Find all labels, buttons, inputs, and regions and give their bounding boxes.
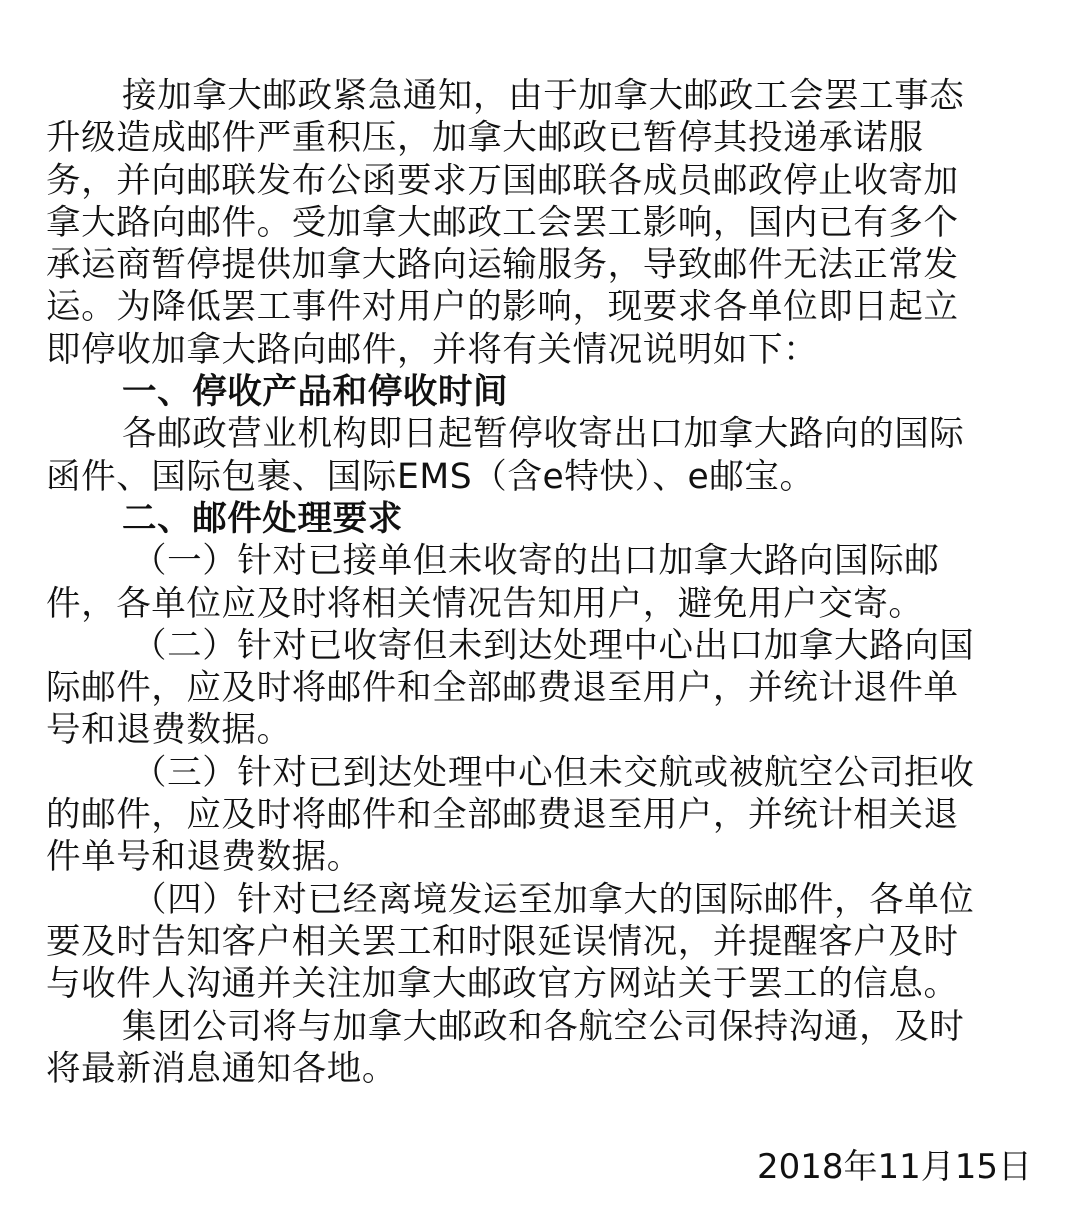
text-line: （一）针对已接单但未收寄的出口加拿大路向国际邮 — [46, 540, 1030, 582]
text-line: 拿大路向邮件。受加拿大邮政工会罢工影响，国内已有多个 — [46, 202, 1030, 244]
section-heading: 二、邮件处理要求 — [46, 498, 1030, 540]
text-line: 各邮政营业机构即日起暂停收寄出口加拿大路向的国际 — [46, 413, 1030, 455]
text-line: 号和退费数据。 — [46, 709, 1030, 751]
text-line: （二）针对已收寄但未到达处理中心出口加拿大路向国 — [46, 625, 1030, 667]
handling-item-4: （四）针对已经离境发运至加拿大的国际邮件，各单位 要及时告知客户相关罢工和时限延… — [46, 879, 1030, 1006]
text-line: 接加拿大邮政紧急通知，由于加拿大邮政工会罢工事态 — [46, 75, 1030, 117]
handling-item-2: （二）针对已收寄但未到达处理中心出口加拿大路向国 际邮件，应及时将邮件和全部邮费… — [46, 625, 1030, 752]
text-line: （四）针对已经离境发运至加拿大的国际邮件，各单位 — [46, 879, 1030, 921]
closing-paragraph: 集团公司将与加拿大邮政和各航空公司保持沟通，及时 将最新消息通知各地。 — [46, 1006, 1030, 1091]
intro-paragraph: 接加拿大邮政紧急通知，由于加拿大邮政工会罢工事态 升级造成邮件严重积压，加拿大邮… — [46, 75, 1030, 371]
text-line: 将最新消息通知各地。 — [46, 1048, 1030, 1090]
handling-item-3: （三）针对已到达处理中心但未交航或被航空公司拒收 的邮件，应及时将邮件和全部邮费… — [46, 752, 1030, 879]
text-line: 件单号和退费数据。 — [46, 836, 1030, 878]
text-line: 承运商暂停提供加拿大路向运输服务，导致邮件无法正常发 — [46, 244, 1030, 286]
text-line: 升级造成邮件严重积压，加拿大邮政已暂停其投递承诺服 — [46, 117, 1030, 159]
text-line: 件，各单位应及时将相关情况告知用户，避免用户交寄。 — [46, 583, 1030, 625]
text-line: 函件、国际包裹、国际EMS（含e特快）、e邮宝。 — [46, 456, 1030, 498]
text-line: 际邮件，应及时将邮件和全部邮费退至用户，并统计退件单 — [46, 667, 1030, 709]
text-line: 运。为降低罢工事件对用户的影响，现要求各单位即日起立 — [46, 286, 1030, 328]
text-line: 务，并向邮联发布公函要求万国邮联各成员邮政停止收寄加 — [46, 160, 1030, 202]
section-mail-handling: 二、邮件处理要求 （一）针对已接单但未收寄的出口加拿大路向国际邮 件，各单位应及… — [46, 498, 1030, 1006]
text-line: 的邮件，应及时将邮件和全部邮费退至用户，并统计相关退 — [46, 794, 1030, 836]
handling-item-1: （一）针对已接单但未收寄的出口加拿大路向国际邮 件，各单位应及时将相关情况告知用… — [46, 540, 1030, 625]
text-line: 要及时告知客户相关罢工和时限延误情况，并提醒客户及时 — [46, 921, 1030, 963]
section-suspended-products: 一、停收产品和停收时间 各邮政营业机构即日起暂停收寄出口加拿大路向的国际 函件、… — [46, 371, 1030, 498]
text-line: 与收件人沟通并关注加拿大邮政官方网站关于罢工的信息。 — [46, 963, 1030, 1005]
notice-document: 接加拿大邮政紧急通知，由于加拿大邮政工会罢工事态 升级造成邮件严重积压，加拿大邮… — [46, 75, 1030, 1090]
text-line: （三）针对已到达处理中心但未交航或被航空公司拒收 — [46, 752, 1030, 794]
text-line: 集团公司将与加拿大邮政和各航空公司保持沟通，及时 — [46, 1006, 1030, 1048]
section-heading: 一、停收产品和停收时间 — [46, 371, 1030, 413]
issue-date: 2018年11月15日 — [757, 1146, 1032, 1188]
text-line: 即停收加拿大路向邮件，并将有关情况说明如下： — [46, 329, 1030, 371]
